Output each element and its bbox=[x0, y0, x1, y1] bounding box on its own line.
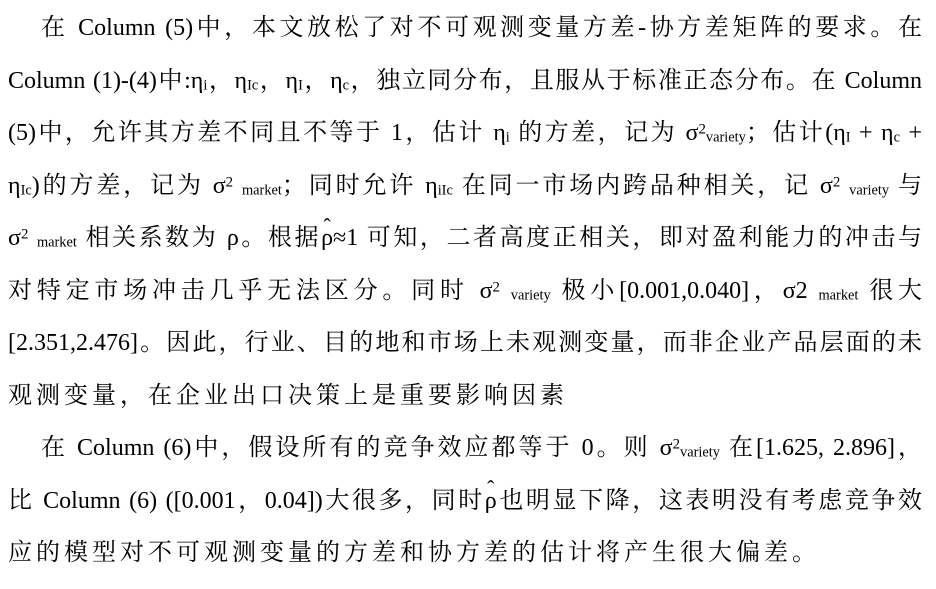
document-body: 在 Column (5)中，本文放松了对不可观测变量方差-协方差矩阵的要求。在C… bbox=[0, 0, 936, 580]
text-run: ，独立同分布，且服从于标准正态分布。在 Column bbox=[349, 68, 922, 94]
text-run: 观测变量，在企业出口决策上是重要影响因素 bbox=[8, 383, 568, 409]
subscript: variety bbox=[849, 182, 889, 198]
text-run bbox=[233, 173, 242, 199]
text-run: ；估计(η bbox=[746, 120, 846, 146]
text-run: + bbox=[900, 120, 922, 146]
text-line: Column (1)-(4)中:ηi，ηIc，ηI，ηc，独立同分布，且服从于标… bbox=[8, 55, 922, 108]
text-run: 在 Column (6)中，假设所有的竞争效应都等于 0。则 σ bbox=[41, 435, 673, 461]
text-run: 应的模型对不可观测变量的方差和协方差的估计将产生很大偏差。 bbox=[8, 540, 820, 566]
superscript: 2 bbox=[226, 174, 233, 190]
paragraph: 在 Column (5)中，本文放松了对不可观测变量方差-协方差矩阵的要求。在C… bbox=[8, 2, 922, 422]
text-run: 对特定市场冲击几乎无法区分。同时 σ bbox=[8, 278, 493, 304]
text-line: 观测变量，在企业出口决策上是重要影响因素 bbox=[8, 370, 922, 423]
subscript: iIc bbox=[438, 182, 453, 198]
subscript: variety bbox=[680, 445, 720, 461]
superscript: 2 bbox=[493, 279, 500, 295]
circumflex-icon: ˆ bbox=[487, 478, 494, 500]
subscript: market bbox=[242, 182, 282, 198]
text-run: σ bbox=[8, 225, 21, 251]
text-run: 相关系数为 ρ。根据 bbox=[77, 225, 321, 251]
text-run: ，η bbox=[303, 68, 343, 94]
text-run: ，η bbox=[207, 68, 247, 94]
text-run: ；同时允许 η bbox=[282, 173, 438, 199]
subscript: Ic bbox=[21, 182, 32, 198]
circumflex-icon: ˆ bbox=[323, 216, 330, 238]
subscript: Ic bbox=[247, 77, 258, 93]
text-line: [2.351,2.476]。因此，行业、目的地和市场上未观测变量，而非企业产品层… bbox=[8, 317, 922, 370]
subscript: variety bbox=[706, 130, 746, 146]
superscript: 2 bbox=[673, 436, 680, 452]
text-run: + η bbox=[851, 120, 894, 146]
text-run: 的方差，记为 σ bbox=[510, 120, 699, 146]
text-run: 也明显下降，这表明没有考虑竞争效 bbox=[497, 488, 922, 514]
text-line: σ2 market 相关系数为 ρ。根据ˆρ≈1 可知，二者高度正相关，即对盈利… bbox=[8, 212, 922, 265]
text-run: η bbox=[8, 173, 21, 199]
subscript: variety bbox=[511, 287, 551, 303]
text-run: 比 Column (6) ([0.001，0.04])大很多，同时 bbox=[8, 488, 485, 514]
text-run: 很大 bbox=[858, 278, 922, 304]
text-line: ηIc)的方差，记为 σ2 market；同时允许 ηiIc 在同一市场内跨品种… bbox=[8, 160, 922, 213]
paragraph: 在 Column (6)中，假设所有的竞争效应都等于 0。则 σ2variety… bbox=[8, 422, 922, 580]
text-line: 对特定市场冲击几乎无法区分。同时 σ2 variety 极小[0.001,0.0… bbox=[8, 265, 922, 318]
text-run bbox=[840, 173, 849, 199]
subscript: market bbox=[818, 287, 858, 303]
text-line: 在 Column (5)中，本文放松了对不可观测变量方差-协方差矩阵的要求。在 bbox=[8, 2, 922, 55]
text-run bbox=[28, 225, 37, 251]
text-line: 应的模型对不可观测变量的方差和协方差的估计将产生很大偏差。 bbox=[8, 527, 922, 580]
subscript: market bbox=[37, 235, 77, 251]
text-run: 在[1.625, 2.896]， bbox=[720, 435, 922, 461]
text-run: 极小[0.001,0.040]，σ2 bbox=[551, 278, 819, 304]
text-run: [2.351,2.476]。因此，行业、目的地和市场上未观测变量，而非企业产品层… bbox=[8, 330, 922, 356]
text-run: 在同一市场内跨品种相关，记 σ bbox=[453, 173, 833, 199]
text-run: 在 Column (5)中，本文放松了对不可观测变量方差-协方差矩阵的要求。在 bbox=[41, 15, 922, 41]
text-line: 在 Column (6)中，假设所有的竞争效应都等于 0。则 σ2variety… bbox=[8, 422, 922, 475]
text-line: 比 Column (6) ([0.001，0.04])大很多，同时ˆρ也明显下降… bbox=[8, 475, 922, 528]
text-run: )的方差，记为 σ bbox=[32, 173, 226, 199]
text-run: (5)中，允许其方差不同且不等于 1，估计 η bbox=[8, 120, 506, 146]
text-run: ，η bbox=[258, 68, 298, 94]
text-run: Column (1)-(4)中:η bbox=[8, 68, 203, 94]
text-run bbox=[500, 278, 511, 304]
superscript: 2 bbox=[698, 121, 705, 137]
text-run: 与 bbox=[889, 173, 922, 199]
text-run: ≈1 可知，二者高度正相关，即对盈利能力的冲击与 bbox=[333, 225, 922, 251]
text-line: (5)中，允许其方差不同且不等于 1，估计 ηi 的方差，记为 σ2variet… bbox=[8, 107, 922, 160]
